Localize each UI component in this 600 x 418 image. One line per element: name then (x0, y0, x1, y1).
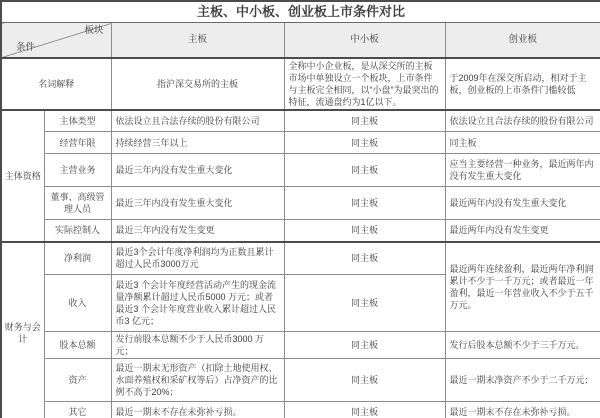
cell-main-board-main-business: 最近三年内没有发生重大变化 (111, 154, 284, 187)
cell-main-board-revenue: 最近3 个会计年度经营活动产生的现金流量净额累计超过人民币5000 万元；或者最… (111, 275, 284, 332)
row-other: 其它 最近一期末不存在未弥补亏损。 同主板 最近一期末不存在未弥补亏损。 (1, 402, 600, 418)
cell-main-board-directors-management: 最近三年内没有发生重大变化 (111, 187, 284, 220)
row-label-revenue: 收入 (44, 275, 111, 332)
cell-sme-board-net-profit: 同主板 (284, 242, 445, 275)
row-operating-years: 经营年限 持续经营三年以上 同主板 同主板 (1, 132, 600, 154)
row-label-other: 其它 (44, 402, 111, 418)
cell-gem-board-directors-management: 最近两年内没有发生重大变化 (445, 187, 600, 220)
cell-gem-board-main-business: 应当主要经营一种业务，最近两年内没有发生重大变化 (445, 154, 600, 187)
cell-main-board-total-share-capital: 发行前股本总额不少于人民币3000 万元； (111, 332, 284, 359)
cell-sme-board-actual-controller: 同主板 (284, 220, 445, 242)
cell-main-board-other: 最近一期末不存在未弥补亏损。 (111, 402, 284, 418)
row-label-actual-controller: 实际控制人 (44, 220, 111, 242)
cell-gem-board-actual-controller: 最近两年内没有发生变更 (445, 220, 600, 242)
cell-gem-board-net-profit-revenue: 最近两年连续盈利，最近两年净利润累计不少于一千万元；或者最近一年盈利，最近一年营… (445, 242, 600, 332)
cell-sme-board-main-business: 同主板 (284, 154, 445, 187)
row-label-definition: 名词解释 (1, 58, 111, 110)
row-actual-controller: 实际控制人 最近三年内没有发生变更 同主板 最近两年内没有发生变更 (1, 220, 600, 242)
cell-sme-board-revenue: 同主板 (284, 275, 445, 332)
cell-sme-board-entity-type: 同主板 (284, 110, 445, 132)
row-entity-type: 主体资格 主体类型 依法设立且合法存续的股份有限公司 同主板 依法设立且合法存续… (1, 110, 600, 132)
comparison-table: 主板、中小板、创业板上市条件对比 板块 条件 主板 中小板 创业板 名词解释 指… (0, 0, 600, 418)
row-label-directors-management: 董事、高级管理人员 (44, 187, 111, 220)
row-label-entity-type: 主体类型 (44, 110, 111, 132)
cell-gem-board-total-share-capital: 发行后股本总额不少于三千万元。 (445, 332, 600, 359)
column-header-gem-board: 创业板 (445, 23, 600, 58)
row-definition: 名词解释 指沪深交易所的主板 全称中小企业板，是从深交所的主板市场中单独设立一个… (1, 58, 600, 110)
row-label-total-share-capital: 股本总额 (44, 332, 111, 359)
cell-main-board-entity-type: 依法设立且合法存续的股份有限公司 (111, 110, 284, 132)
title-row: 主板、中小板、创业板上市条件对比 (1, 1, 600, 23)
group-label-subject-qualification: 主体资格 (1, 110, 44, 242)
cell-sme-board-assets: 同主板 (284, 359, 445, 402)
row-label-operating-years: 经营年限 (44, 132, 111, 154)
row-label-main-business: 主营业务 (44, 154, 111, 187)
cell-sme-board-operating-years: 同主板 (284, 132, 445, 154)
cell-main-board-operating-years: 持续经营三年以上 (111, 132, 284, 154)
row-label-assets: 资产 (44, 359, 111, 402)
cell-main-board-definition: 指沪深交易所的主板 (111, 58, 284, 110)
corner-header-cell: 板块 条件 (1, 23, 111, 58)
row-main-business: 主营业务 最近三年内没有发生重大变化 同主板 应当主要经营一种业务，最近两年内没… (1, 154, 600, 187)
cell-gem-board-definition: 于2009年在深交所启动，相对于主板，创业板的上市条件门槛较低 (445, 58, 600, 110)
group-label-finance-accounting: 财务与会计 (1, 242, 44, 418)
cell-main-board-net-profit: 最近3个会计年度净利润均为正数且累计超过人民币3000万元 (111, 242, 284, 275)
row-directors-management: 董事、高级管理人员 最近三年内没有发生重大变化 同主板 最近两年内没有发生重大变… (1, 187, 600, 220)
cell-gem-board-other: 最近一期末不存在未弥补亏损。 (445, 402, 600, 418)
cell-sme-board-other: 同主板 (284, 402, 445, 418)
cell-sme-board-definition: 全称中小企业板，是从深交所的主板市场中单独设立一个板块，上市条件与主板完全相同，… (284, 58, 445, 110)
column-header-main-board: 主板 (111, 23, 284, 58)
row-net-profit: 财务与会计 净利润 最近3个会计年度净利润均为正数且累计超过人民币3000万元 … (1, 242, 600, 275)
row-total-share-capital: 股本总额 发行前股本总额不少于人民币3000 万元； 同主板 发行后股本总额不少… (1, 332, 600, 359)
column-header-sme-board: 中小板 (284, 23, 445, 58)
cell-sme-board-directors-management: 同主板 (284, 187, 445, 220)
cell-gem-board-entity-type: 依法设立且合法存续的股份有限公司 (445, 110, 600, 132)
page-title: 主板、中小板、创业板上市条件对比 (1, 1, 600, 23)
cell-main-board-assets: 最近一期末无形资产（扣除土地使用权、水面养殖权和采矿权等后）占净资产的比例不高于… (111, 359, 284, 402)
header-row: 板块 条件 主板 中小板 创业板 (1, 23, 600, 58)
cell-sme-board-total-share-capital: 同主板 (284, 332, 445, 359)
cell-gem-board-assets: 最近一期末净资产不少于二千万元； (445, 359, 600, 402)
corner-label-board: 板块 (84, 25, 103, 37)
corner-label-condition: 条件 (16, 42, 35, 54)
row-assets: 资产 最近一期末无形资产（扣除土地使用权、水面养殖权和采矿权等后）占净资产的比例… (1, 359, 600, 402)
row-label-net-profit: 净利润 (44, 242, 111, 275)
cell-gem-board-operating-years: 同主板 (445, 132, 600, 154)
cell-main-board-actual-controller: 最近三年内没有发生变更 (111, 220, 284, 242)
